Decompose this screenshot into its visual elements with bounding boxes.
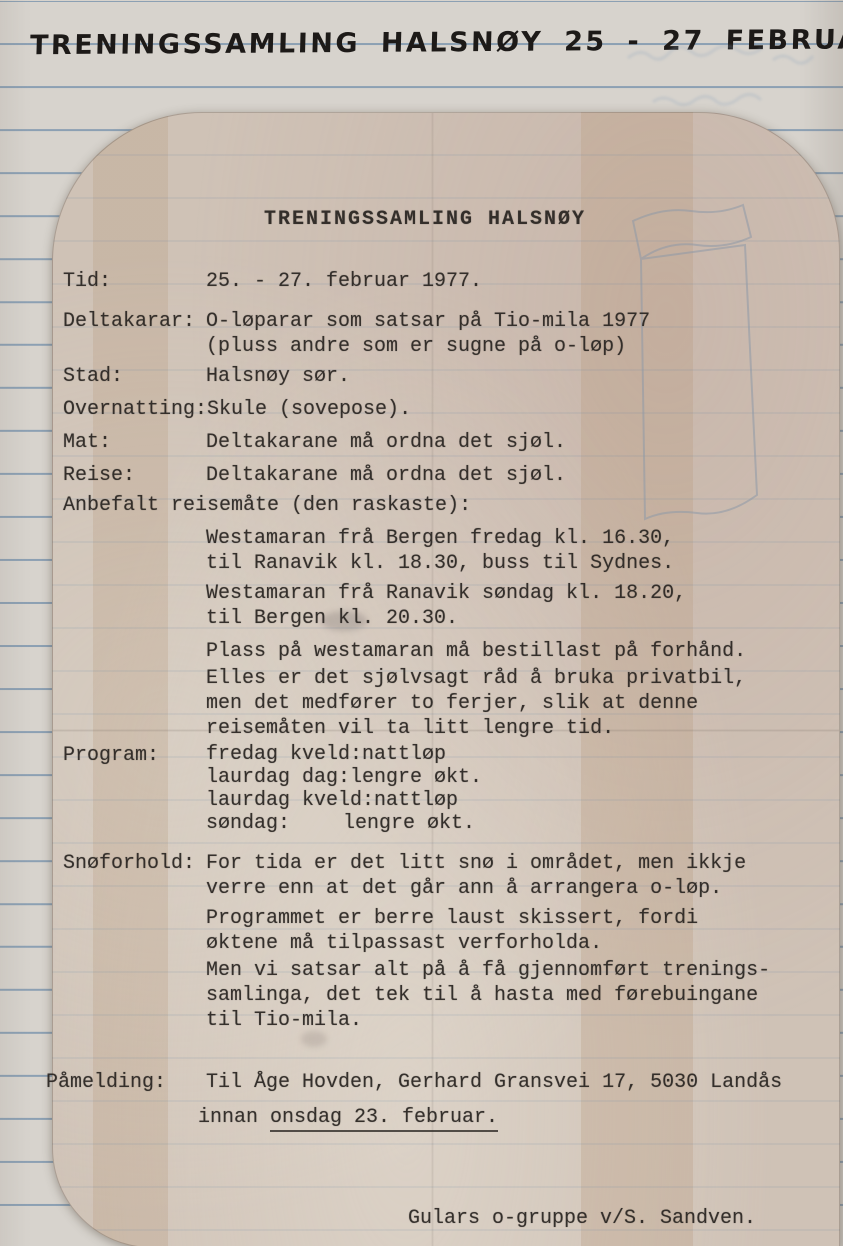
car-alternative-line2: men det medfører to ferjer, slik at denn…	[206, 691, 829, 716]
car-alternative-line1: Elles er det sjølvsagt råd å bruka priva…	[206, 666, 829, 691]
program-time: søndag:	[206, 812, 343, 835]
field-label: Stad:	[63, 364, 206, 389]
deadline-date-underlined: onsdag 23. februar.	[270, 1106, 498, 1132]
field-label: Reise:	[63, 463, 206, 488]
program-activity: nattløp	[362, 743, 446, 766]
snoforhold-para3: Men vi satsar alt på å få gjennomført tr…	[206, 958, 829, 1033]
anbefalt-heading: Anbefalt reisemåte (den raskaste):	[63, 493, 829, 518]
program-row: fredag kveld: nattløp	[206, 743, 482, 766]
snoforhold-para3-line3: til Tio-mila.	[206, 1008, 829, 1033]
field-value: Skule (sovepose).	[207, 397, 411, 422]
program-row: laurdag kveld: nattløp	[206, 789, 482, 812]
program-row: laurdag dag: lengre økt.	[206, 766, 482, 789]
field-reise: Reise: Deltakarane må ordna det sjøl.	[63, 463, 829, 488]
car-alternative-line3: reisemåten vil ta litt lengre tid.	[206, 716, 829, 741]
program-time: laurdag kveld:	[206, 789, 374, 812]
program-time: laurdag dag:	[206, 766, 350, 789]
field-value: Deltakarane må ordna det sjøl.	[206, 463, 566, 488]
document-heading: TRENINGSSAMLING HALSNØY	[264, 207, 829, 232]
field-value: Halsnøy sør.	[206, 364, 350, 389]
snoforhold-line2: verre enn at det går ann å arrangera o-l…	[206, 876, 829, 901]
travel-option-1: Westamaran frå Bergen fredag kl. 16.30, …	[206, 526, 829, 576]
field-pamelding: Påmelding: Til Åge Hovden, Gerhard Grans…	[46, 1070, 829, 1095]
field-stad: Stad: Halsnøy sør.	[63, 364, 829, 389]
field-value: O-løparar som satsar på Tio-mila 1977	[206, 309, 650, 334]
field-label: Overnatting:	[63, 397, 207, 422]
field-value: For tida er det litt snø i området, men …	[206, 851, 746, 876]
signature-line: Gulars o-gruppe v/S. Sandven.	[408, 1206, 829, 1231]
car-alternative: Elles er det sjølvsagt råd å bruka priva…	[206, 666, 829, 741]
program-time: fredag kveld:	[206, 743, 362, 766]
handwritten-title: TRENINGSSAMLING HALSNØY 25 - 27 FEBRUAR …	[30, 26, 671, 61]
travel-option-1-line2: til Ranavik kl. 18.30, buss til Sydnes.	[206, 551, 829, 576]
snoforhold-para2-line1: Programmet er berre laust skissert, ford…	[206, 906, 829, 931]
field-mat: Mat: Deltakarane må ordna det sjøl.	[63, 430, 829, 455]
field-snoforhold: Snøforhold: For tida er det litt snø i o…	[63, 851, 829, 876]
field-label: Program:	[63, 743, 206, 843]
field-deltakarar-line2: (pluss andre som er sugne på o-løp)	[206, 334, 829, 359]
program-row: søndag: lengre økt.	[206, 812, 482, 835]
typed-content: TRENINGSSAMLING HALSNØY Tid: 25. - 27. f…	[63, 207, 829, 1231]
travel-option-2: Westamaran frå Ranavik søndag kl. 18.20,…	[206, 581, 829, 631]
program-activity: lengre økt.	[350, 766, 482, 789]
field-label: Deltakarar:	[63, 309, 206, 334]
field-tid: Tid: 25. - 27. februar 1977.	[63, 269, 829, 294]
snoforhold-para3-line2: samlinga, det tek til å hasta med førebu…	[206, 983, 829, 1008]
travel-option-2-line2: til Bergen kl. 20.30.	[206, 606, 829, 631]
scanned-document-page: TRENINGSSAMLING HALSNØY 25 - 27 FEBRUAR …	[0, 0, 843, 1246]
snoforhold-para3-line1: Men vi satsar alt på å få gjennomført tr…	[206, 958, 829, 983]
typed-sheet: TRENINGSSAMLING HALSNØY Tid: 25. - 27. f…	[52, 112, 840, 1246]
field-value: Til Åge Hovden, Gerhard Gransvei 17, 503…	[206, 1070, 782, 1095]
field-overnatting: Overnatting: Skule (sovepose).	[63, 397, 829, 422]
field-value: Deltakarane må ordna det sjøl.	[206, 430, 566, 455]
program-activity: lengre økt.	[343, 812, 475, 835]
field-label: Mat:	[63, 430, 206, 455]
pamelding-deadline: innan onsdag 23. februar.	[198, 1105, 829, 1130]
field-label: Påmelding:	[46, 1070, 206, 1095]
travel-option-1-line1: Westamaran frå Bergen fredag kl. 16.30,	[206, 526, 829, 551]
program-table: fredag kveld: nattløp laurdag dag: lengr…	[206, 743, 482, 843]
field-deltakarar: Deltakarar: O-løparar som satsar på Tio-…	[63, 309, 829, 334]
deadline-prefix: innan	[198, 1106, 270, 1129]
field-label: Tid:	[63, 269, 206, 294]
travel-option-2-line1: Westamaran frå Ranavik søndag kl. 18.20,	[206, 581, 829, 606]
snoforhold-para2-line2: øktene må tilpassast verforholda.	[206, 931, 829, 956]
booking-note: Plass på westamaran må bestillast på for…	[206, 639, 829, 664]
program-activity: nattløp	[374, 789, 458, 812]
field-value: 25. - 27. februar 1977.	[206, 269, 482, 294]
field-program: Program: fredag kveld: nattløp laurdag d…	[63, 743, 829, 843]
snoforhold-para2: Programmet er berre laust skissert, ford…	[206, 906, 829, 956]
field-label: Snøforhold:	[63, 851, 206, 876]
